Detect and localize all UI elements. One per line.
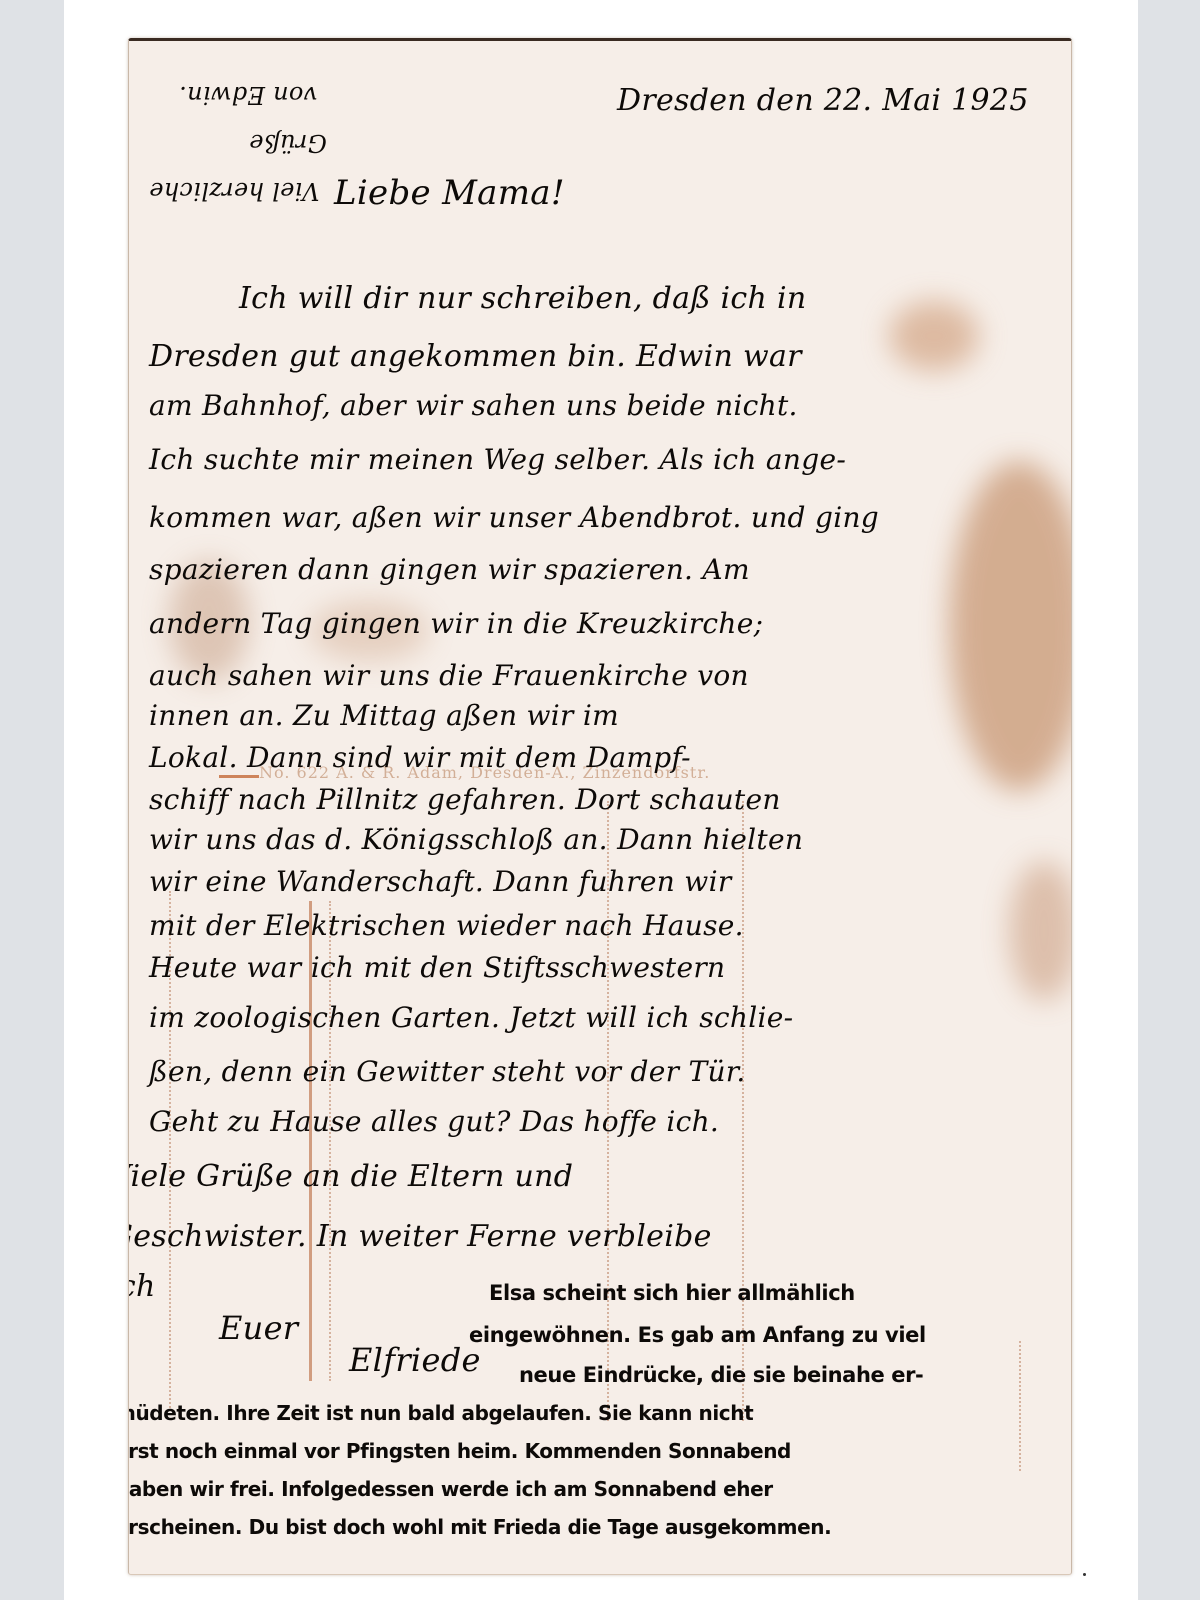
body-line: wir eine Wanderschaft. Dann fuhren wir [149, 865, 732, 898]
body-line: innen an. Zu Mittag aßen wir im [149, 699, 619, 732]
body-line: am Bahnhof, aber wir sahen uns beide nic… [149, 389, 798, 422]
closing-line-1: Euer [219, 1309, 298, 1347]
upside-note-line-2: Grüße [249, 129, 399, 157]
postscript-line: neue Eindrücke, die sie beinahe er- [519, 1363, 923, 1387]
postscript-line: Elsa scheint sich hier allmählich [489, 1281, 855, 1305]
guide-line [1019, 1341, 1021, 1471]
body-line: andern Tag gingen wir in die Kreuzkirche… [149, 607, 763, 640]
body-line: Ich will dir nur schreiben, daß ich in [239, 281, 807, 316]
body-line: Geht zu Hause alles gut? Das hoffe ich. [149, 1105, 719, 1138]
stain [889, 301, 979, 371]
body-line: wir uns das d. Königsschloß an. Dann hie… [149, 823, 803, 856]
left-margin [0, 0, 64, 1600]
upside-note-line-3: von Edwin. [179, 81, 379, 109]
right-margin [1138, 0, 1200, 1600]
postscript-line: erscheinen. Du bist doch wohl mit Frieda… [128, 1515, 831, 1539]
body-line: Lokal. Dann sind wir mit dem Dampf- [149, 741, 691, 774]
body-line: schiff nach Pillnitz gefahren. Dort scha… [149, 783, 781, 816]
body-line: ßen, denn ein Gewitter steht vor der Tür… [149, 1055, 746, 1088]
printed-dash [219, 775, 259, 778]
postscript-line: erst noch einmal vor Pfingsten heim. Kom… [128, 1439, 791, 1463]
stain [1009, 861, 1072, 1001]
body-line: auch sahen wir uns die Frauenkirche von [149, 659, 749, 692]
postscript-line: müdeten. Ihre Zeit ist nun bald abgelauf… [128, 1401, 753, 1425]
postcard: No. 622 A. & R. Adam, Dresden-A., Zinzen… [128, 38, 1072, 1575]
dateline: Dresden den 22. Mai 1925 [617, 83, 1029, 118]
body-line: Viele Grüße an die Eltern und [128, 1159, 573, 1194]
body-line: im zoologischen Garten. Jetzt will ich s… [149, 1001, 793, 1034]
body-line: mit der Elektrischen wieder nach Hause. [149, 909, 744, 942]
postscript-line: eingewöhnen. Es gab am Anfang zu viel [469, 1323, 926, 1347]
body-line: kommen war, aßen wir unser Abendbrot. un… [149, 501, 879, 534]
postscript-line: haben wir frei. Infolgedessen werde ich … [128, 1477, 773, 1501]
body-line: ich [128, 1269, 156, 1304]
stain [949, 461, 1072, 791]
body-line: Geschwister. In weiter Ferne verbleibe [128, 1219, 712, 1254]
body-line: Dresden gut angekommen bin. Edwin war [149, 339, 802, 374]
closing-line-2: Elfriede [349, 1341, 481, 1379]
body-line: spazieren dann gingen wir spazieren. Am [149, 553, 750, 586]
body-line: Ich suchte mir meinen Weg selber. Als ic… [149, 443, 846, 476]
body-line: Heute war ich mit den Stiftsschwestern [149, 951, 725, 984]
speck [1083, 1573, 1086, 1576]
salutation: Liebe Mama! [334, 173, 565, 213]
